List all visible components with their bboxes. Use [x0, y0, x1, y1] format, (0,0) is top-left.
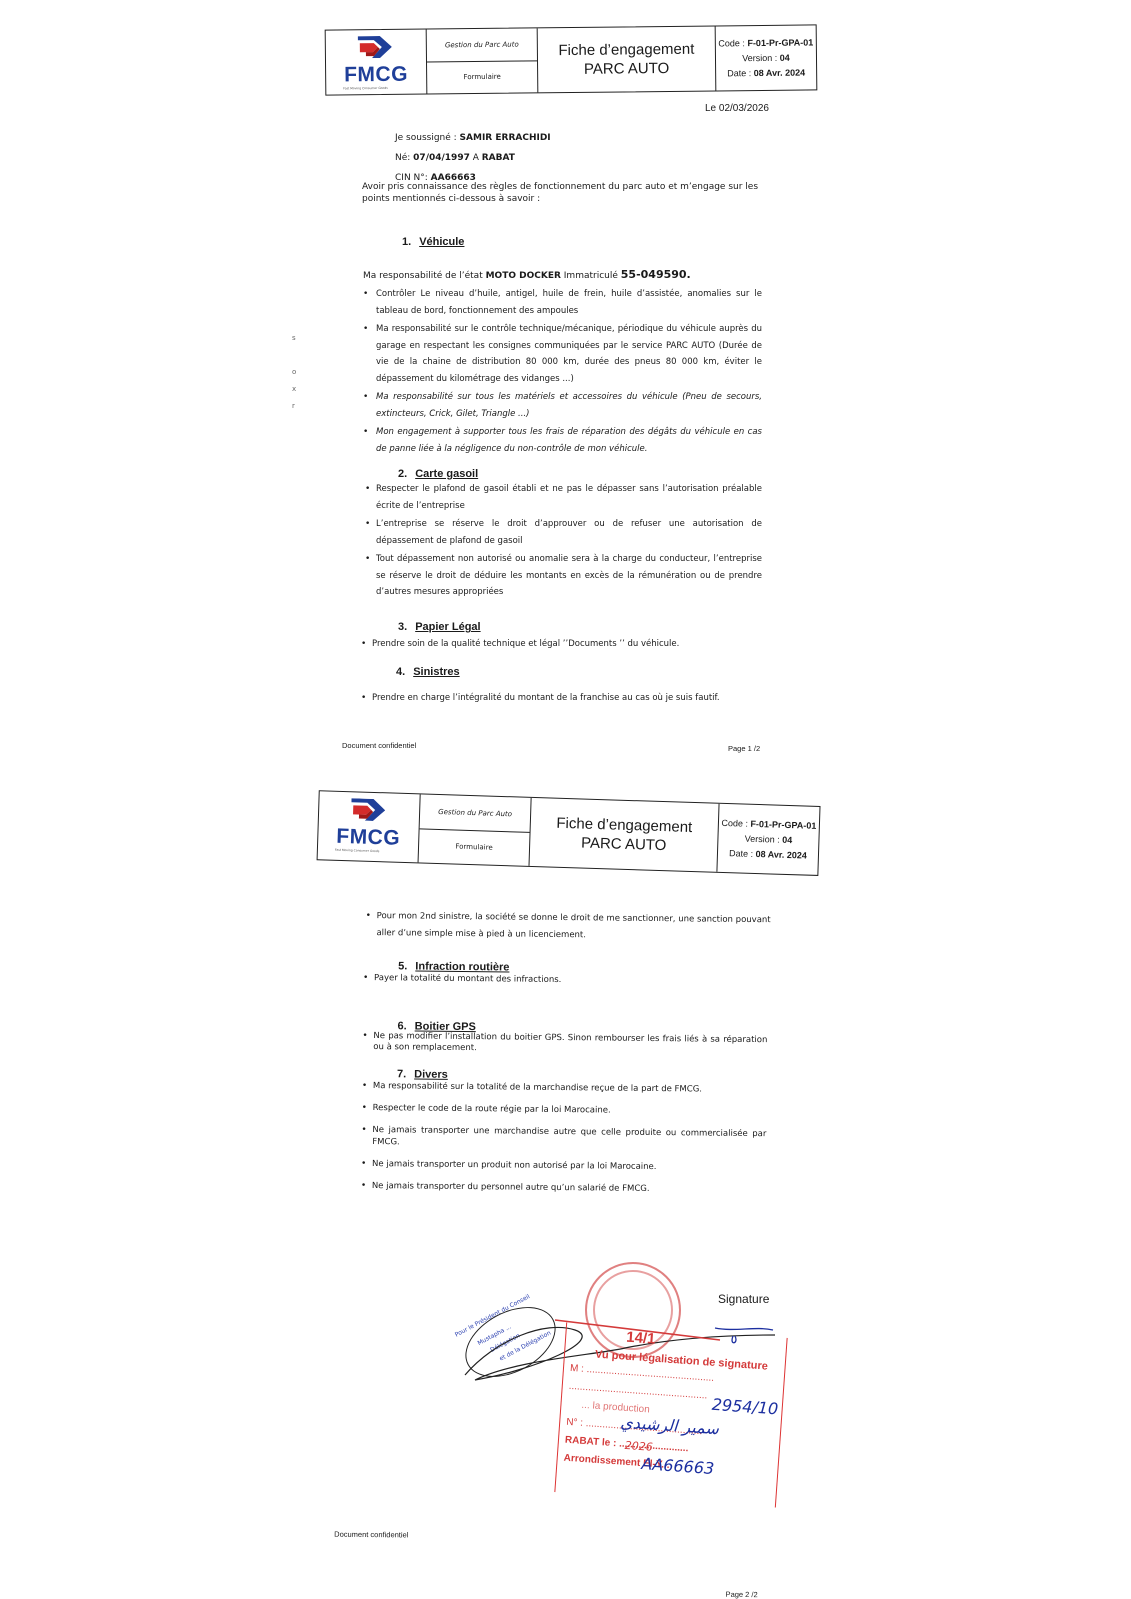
section-5-list: Payer la totalité du montant des infract… — [364, 970, 768, 993]
list-item: Ne jamais transporter une marchandise au… — [362, 1124, 766, 1152]
list-item: Respecter le plafond de gasoil établi et… — [366, 481, 762, 514]
list-item: Ma responsabilité sur tous les matériels… — [362, 389, 762, 422]
department-label: Gestion du Parc Auto — [420, 794, 531, 832]
legalization-line-dots: ........................................… — [568, 1381, 707, 1402]
section-2-title: 2.Carte gasoil — [398, 468, 478, 480]
list-item: Payer la totalité du montant des infract… — [364, 970, 768, 991]
code-line: Code : F-01-Pr-GPA-01 — [718, 35, 813, 51]
margin-marks: s oxr — [292, 330, 296, 415]
section-6-list: Ne pas modifier l’installation du boitie… — [363, 1031, 767, 1059]
section-7-title: 7.Divers — [397, 1068, 448, 1081]
section-7-list: Ma responsabilité sur la totalité de la … — [362, 1080, 767, 1198]
date-line: Date : 08 Avr. 2024 — [729, 846, 807, 863]
document-header-page-2: FMCG Fast Moving Consumer Goods Gestion … — [317, 790, 821, 876]
logo-arrow-icon — [358, 36, 392, 58]
section-3-list: Prendre soin de la qualité technique et … — [362, 636, 762, 655]
list-item: Ne jamais transporter un produit non aut… — [362, 1158, 766, 1174]
list-item: Ne pas modifier l’installation du boitie… — [363, 1031, 767, 1057]
brand-name: FMCG — [344, 63, 408, 88]
handwritten-year: 2026 — [624, 1439, 653, 1454]
intro-paragraph: Avoir pris connaissance des règles de fo… — [362, 181, 772, 205]
document-title: Fiche d’engagement PARC AUTO — [538, 26, 717, 92]
section-1-list: Contrôler Le niveau d’huile, antigel, hu… — [362, 286, 762, 459]
doc-type-label: Formulaire — [427, 61, 537, 94]
handwritten-cin: AA66663 — [641, 1454, 715, 1478]
handwritten-register-number: 2954/10 — [711, 1395, 779, 1419]
birth-line: Né: 07/04/1997 A RABAT — [395, 148, 551, 168]
list-item: Ne jamais transporter du personnel autre… — [362, 1180, 766, 1196]
footer-page-number: Page 2 /2 — [726, 1590, 758, 1599]
handwritten-name-arabic: سمير الرشيدي — [620, 1413, 720, 1439]
title-line-1: Fiche d’engagement — [558, 40, 694, 60]
footer-page-number: Page 1 /2 — [728, 744, 760, 753]
list-item: L’entreprise se réserve le droit d’appro… — [366, 516, 762, 549]
vehicle-responsibility: Ma responsabilité de l’état MOTO DOCKER … — [363, 266, 691, 285]
document-date: Le 02/03/2026 — [705, 100, 769, 117]
department-label: Gestion du Parc Auto — [427, 28, 537, 62]
header-mid: Gestion du Parc Auto Formulaire — [427, 28, 539, 93]
section-3-title: 3.Papier Légal — [398, 621, 481, 633]
section-4-list: Prendre en charge l’intégralité du monta… — [362, 690, 772, 709]
document-header: FMCG Fast Moving Consumer Goods Gestion … — [325, 24, 818, 95]
list-item: Mon engagement à supporter tous les frai… — [362, 424, 762, 457]
list-item: Prendre en charge l’intégralité du monta… — [362, 690, 772, 707]
identity-block: Je soussigné : SAMIR ERRACHIDI Né: 07/04… — [395, 128, 551, 188]
list-item: Contrôler Le niveau d’huile, antigel, hu… — [362, 286, 762, 319]
sinistres-continued-list: Pour mon 2nd sinistre, la société se don… — [366, 908, 770, 947]
fmcg-logo: FMCG Fast Moving Consumer Goods — [318, 791, 421, 862]
version-line: Version : 04 — [742, 50, 790, 65]
date-line: Date : 08 Avr. 2024 — [727, 65, 805, 81]
brand-tagline: Fast Moving Consumer Goods — [343, 86, 388, 90]
doc-type-label: Formulaire — [419, 829, 530, 866]
code-line: Code : F-01-Pr-GPA-01 — [721, 815, 816, 833]
document-meta: Code : F-01-Pr-GPA-01 Version : 04 Date … — [716, 25, 817, 90]
brand-tagline: Fast Moving Consumer Goods — [335, 848, 380, 853]
title-line-2: PARC AUTO — [581, 833, 667, 855]
section-2-list: Respecter le plafond de gasoil établi et… — [366, 481, 762, 603]
header-mid: Gestion du Parc Auto Formulaire — [419, 794, 532, 865]
section-4-title: 4.Sinistres — [396, 666, 460, 678]
name-line: Je soussigné : SAMIR ERRACHIDI — [395, 128, 551, 148]
title-line-2: PARC AUTO — [584, 59, 670, 79]
list-item: Tout dépassement non autorisé ou anomali… — [366, 551, 762, 601]
logo-arrow-icon — [351, 798, 386, 821]
list-item: Pour mon 2nd sinistre, la société se don… — [366, 908, 770, 945]
fmcg-logo: FMCG Fast Moving Consumer Goods — [326, 30, 428, 95]
list-item: Respecter le code de la route régie par … — [363, 1102, 767, 1118]
list-item: Prendre soin de la qualité technique et … — [362, 636, 762, 653]
version-line: Version : 04 — [744, 831, 792, 847]
section-1-title: 1.Véhicule — [402, 236, 464, 248]
document-page-1: FMCG Fast Moving Consumer Goods Gestion … — [0, 0, 1131, 780]
list-item: Ma responsabilité sur la totalité de la … — [363, 1080, 767, 1096]
document-title: Fiche d’engagement PARC AUTO — [530, 798, 720, 872]
document-meta: Code : F-01-Pr-GPA-01 Version : 04 Date … — [717, 804, 819, 875]
brand-name: FMCG — [336, 825, 401, 851]
title-line-1: Fiche d’engagement — [556, 814, 692, 837]
list-item: Ma responsabilité sur le contrôle techni… — [362, 321, 762, 387]
stamp-date: 14/1 — [626, 1329, 656, 1348]
legalization-stamp: 14/1 Vu pour légalisation de signature M… — [554, 1322, 787, 1507]
footer-confidential: Document confidentiel — [334, 1530, 408, 1540]
footer-confidential: Document confidentiel — [342, 741, 416, 750]
